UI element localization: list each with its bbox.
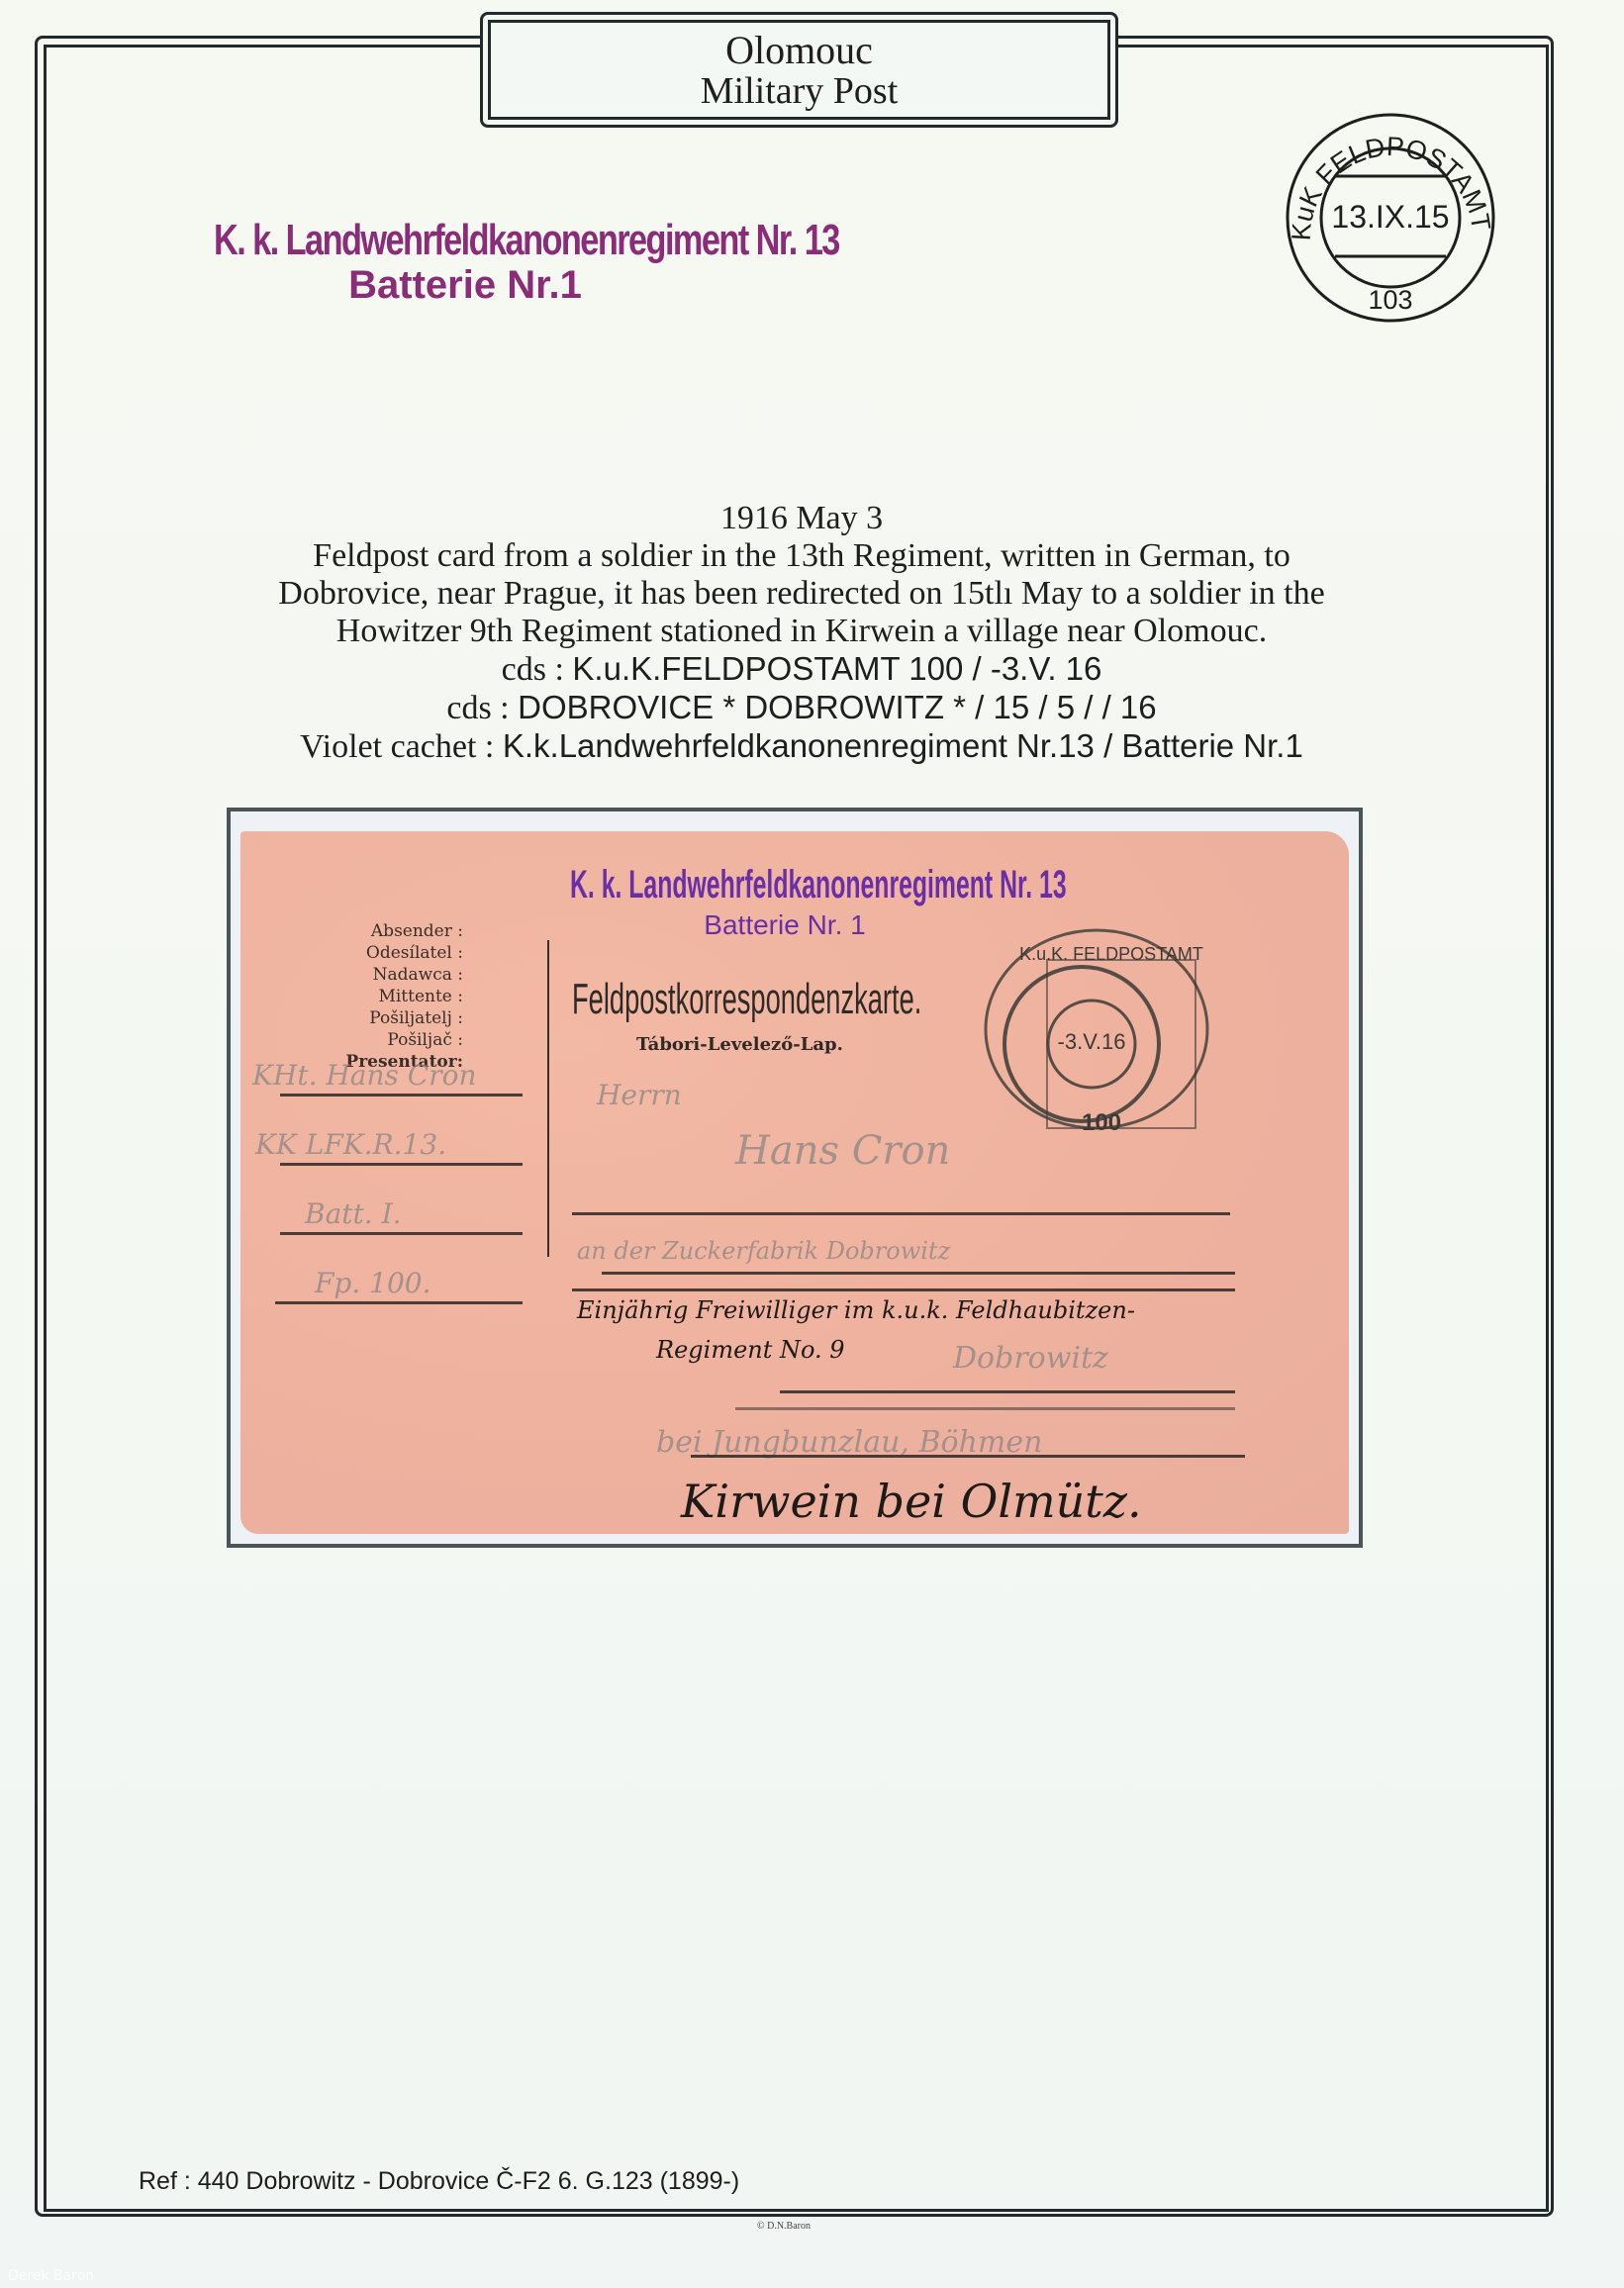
address-pencil: Dobrowitz <box>953 1341 1108 1376</box>
description-line: Feldpost card from a soldier in the 13th… <box>158 537 1445 575</box>
title-box: Olomouc Military Post <box>480 12 1118 128</box>
sender-handwriting: Batt. I. <box>305 1197 402 1230</box>
redirect-ink: Einjährig Freiwilliger im k.u.k. Feldhau… <box>577 1296 1135 1324</box>
feldpostamt-postmark-icon: KuK FELDPOSTAMT 13.IX.15 103 <box>1284 111 1497 325</box>
card-subtitle: Tábori-Levelező-Lap. <box>636 1034 843 1055</box>
address-pencil: an der Zuckerfabrik Dobrowitz <box>577 1237 950 1265</box>
address-pencil: Hans Cron <box>735 1128 950 1174</box>
description-block: 1916 May 3 Feldpost card from a soldier … <box>158 500 1445 766</box>
description-line: Howitzer 9th Regiment stationed in Kirwe… <box>158 613 1445 650</box>
cds-line-2: cds : DOBROVICE * DOBROWITZ * / 15 / 5 /… <box>158 689 1445 727</box>
postcard-mount: K. k. Landwehrfeldkanonenregiment Nr. 13… <box>227 808 1363 1548</box>
cachet-line-1: K. k. Landwehrfeldkanonenregiment Nr. 13 <box>214 216 677 265</box>
card-title: Feldpostkorrespondenzkarte. <box>572 975 921 1024</box>
sender-handwriting: KHt. Hans Cron <box>252 1059 477 1092</box>
cachet-line-2: Batterie Nr.1 <box>188 263 742 308</box>
postmark-number: 103 <box>1368 285 1412 315</box>
svg-text:100: 100 <box>1082 1109 1121 1136</box>
sender-labels: Absender : Odesílatel : Nadawca : Mitten… <box>330 920 463 1073</box>
redirect-ink: Regiment No. 9 <box>656 1336 845 1364</box>
cds-line-1: cds : K.u.K.FELDPOSTAMT 100 / -3.V. 16 <box>158 650 1445 689</box>
item-date: 1916 May 3 <box>158 500 1445 537</box>
postcard-image: K. k. Landwehrfeldkanonenregiment Nr. 13… <box>240 831 1349 1534</box>
postcard-violet-cachet: K. k. Landwehrfeldkanonenregiment Nr. 13… <box>567 863 1003 941</box>
sender-handwriting: KK LFK.R.13. <box>255 1128 446 1161</box>
address-pencil: Herrn <box>597 1079 682 1111</box>
postmark-date: 13.IX.15 <box>1331 199 1449 235</box>
watermark: Derek Baron <box>8 2268 94 2284</box>
card-divider <box>547 940 549 1257</box>
postmark-cluster-icon: -3.V.16 100 K.u.K. FELDPOSTAMT <box>973 920 1210 1138</box>
violet-cachet-display: K. k. Landwehrfeldkanonenregiment Nr. 13… <box>188 216 742 308</box>
description-line: Dobrovice, near Prague, it has been redi… <box>158 575 1445 613</box>
sender-handwriting: Fp. 100. <box>315 1267 431 1299</box>
page-title: Olomouc <box>725 30 873 71</box>
copyright-notice: © D.N.Baron <box>757 2221 811 2232</box>
redirect-ink-destination: Kirwein bei Olmütz. <box>681 1475 1142 1528</box>
cachet-line: Violet cachet : K.k.Landwehrfeldkanonenr… <box>158 727 1445 766</box>
page-subtitle: Military Post <box>701 71 899 111</box>
svg-text:K.u.K. FELDPOSTAMT: K.u.K. FELDPOSTAMT <box>1019 944 1203 964</box>
catalogue-reference: Ref : 440 Dobrowitz - Dobrovice Č-F2 6. … <box>139 2167 739 2196</box>
svg-text:-3.V.16: -3.V.16 <box>1058 1029 1126 1054</box>
